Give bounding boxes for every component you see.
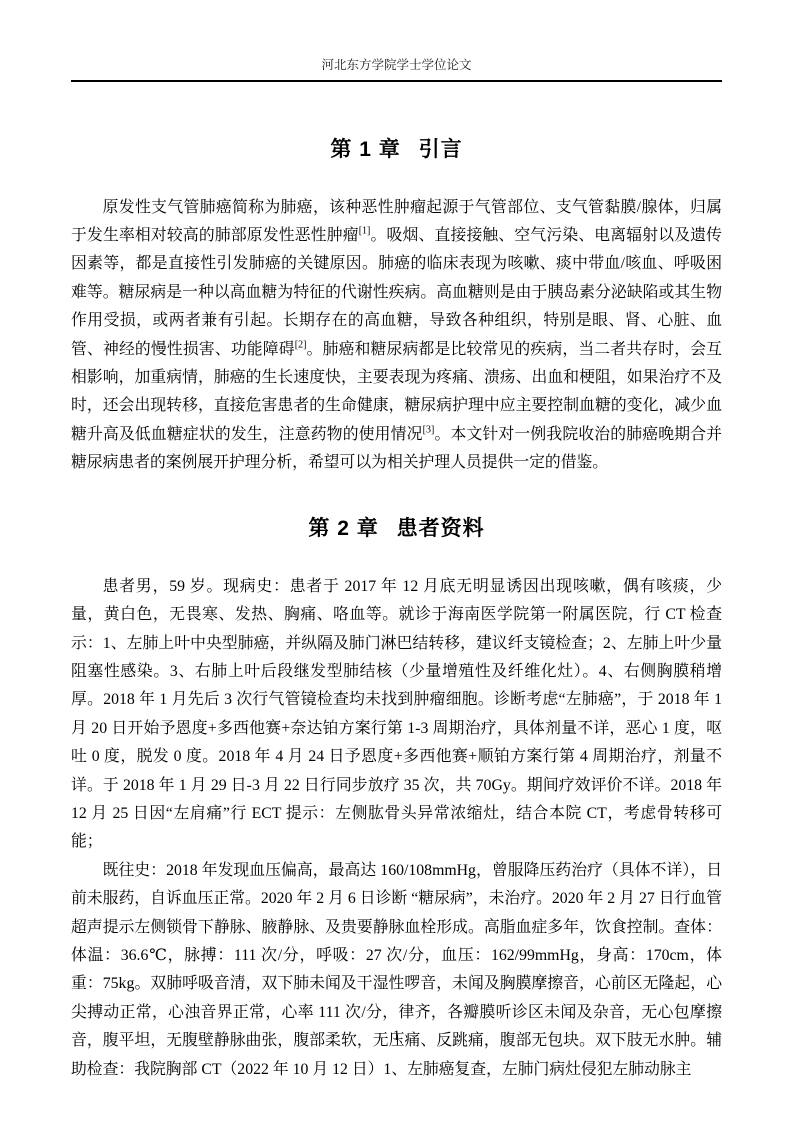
past-history-paragraph: 既往史：2018 年发现血压偏高，最高达 160/108mmHg，曾服降压药治疗… bbox=[71, 857, 722, 1084]
chapter-1-number: 第 1 章 bbox=[330, 138, 400, 161]
page-header: 河北东方学院学士学位论文 bbox=[71, 0, 722, 82]
chapter-2-heading: 第 2 章患者资料 bbox=[71, 512, 722, 542]
citation-ref-2: [2] bbox=[295, 339, 307, 350]
document-page: 河北东方学院学士学位论文 第 1 章引言 原发性支气管肺癌简称为肺癌，该种恶性肿… bbox=[0, 0, 793, 1122]
intro-text-segment: 。吸烟、直接接触、空气污染、电离辐射以及遗传因素等，都是直接性引发肺癌的关键原因… bbox=[71, 227, 722, 358]
page-number: 1 bbox=[0, 1028, 793, 1045]
citation-ref-1: [1] bbox=[359, 226, 371, 237]
document-body: 第 1 章引言 原发性支气管肺癌简称为肺癌，该种恶性肿瘤起源于气管部位、支气管黏… bbox=[71, 133, 722, 1084]
chapter-1-heading: 第 1 章引言 bbox=[71, 133, 722, 163]
running-head-title: 河北东方学院学士学位论文 bbox=[321, 58, 471, 72]
citation-ref-3: [3] bbox=[423, 425, 435, 436]
chapter-1-intro-paragraph: 原发性支气管肺癌简称为肺癌，该种恶性肿瘤起源于气管部位、支气管黏膜/腺体，归属于… bbox=[71, 194, 722, 478]
chapter-2-title: 患者资料 bbox=[397, 517, 485, 540]
chapter-2-number: 第 2 章 bbox=[308, 517, 378, 540]
chapter-1-title: 引言 bbox=[419, 138, 463, 161]
present-illness-paragraph: 患者男，59 岁。现病史：患者于 2017 年 12 月底无明显诱因出现咳嗽，偶… bbox=[71, 573, 722, 857]
